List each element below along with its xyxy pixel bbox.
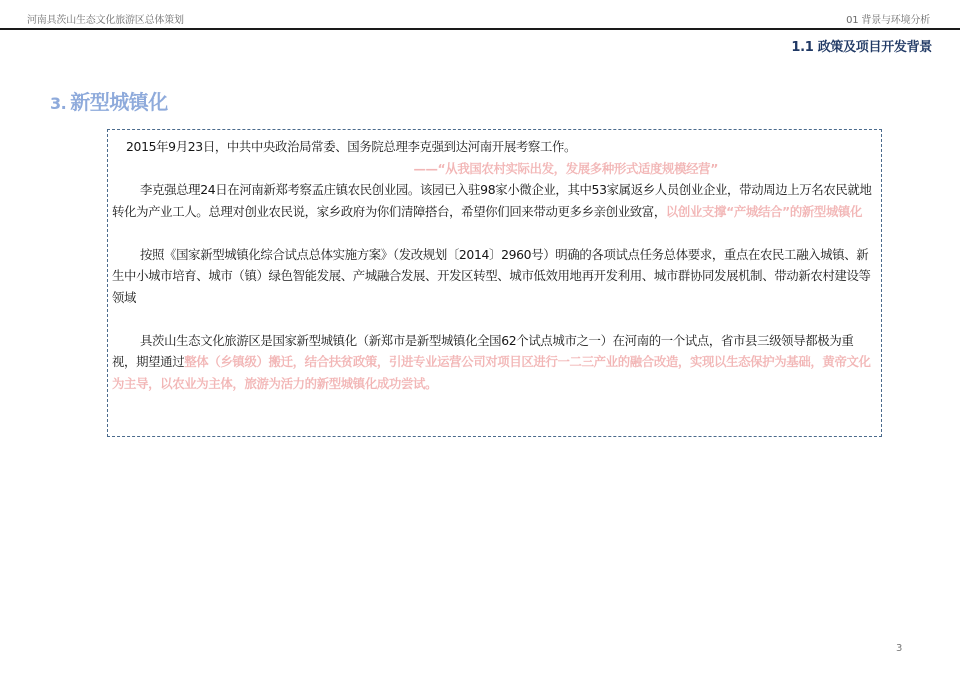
spacer <box>112 308 873 330</box>
intro-paragraph: 2015年9月23日，中共中央政治局常委、国务院总理李克强到达河南开展考察工作。 <box>112 136 873 158</box>
paragraph-pilot-plan: 按照《国家新型城镇化综合试点总体实施方案》（发改规划〔2014〕2960号）明确… <box>112 244 873 309</box>
section-title: 1.1 政策及项目开发背景 <box>791 36 932 55</box>
heading-number: 3. <box>50 94 66 113</box>
highlight-text: 以创业支撑“产城结合”的新型城镇化 <box>666 204 862 219</box>
page-number: 3 <box>896 643 902 654</box>
paragraph-entrepreneurship: 李克强总理24日在河南新郑考察孟庄镇农民创业园。该园已入驻98家小微企业，其中5… <box>112 179 873 222</box>
highlight-text: 整体（乡镇级）搬迁，结合扶贫政策，引进专业运营公司对项目区进行一二三产业的融合改… <box>112 354 871 391</box>
chapter-label: 01 背景与环境分析 <box>846 11 930 26</box>
header-divider <box>0 28 960 30</box>
heading-title: 新型城镇化 <box>70 90 168 114</box>
quote-line: ——“从我国农村实际出发，发展多种形式适度规模经营” <box>112 158 873 180</box>
paragraph-text: 按照《国家新型城镇化综合试点总体实施方案》（发改规划〔2014〕2960号）明确… <box>112 247 871 305</box>
document-title: 河南具茨山生态文化旅游区总体策划 <box>27 11 184 26</box>
page-heading: 3.新型城镇化 <box>50 86 168 115</box>
content-box: 2015年9月23日，中共中央政治局常委、国务院总理李克强到达河南开展考察工作。… <box>107 129 882 437</box>
paragraph-project: 具茨山生态文化旅游区是国家新型城镇化（新郑市是新型城镇化全国62个试点城市之一）… <box>112 330 873 395</box>
spacer <box>112 222 873 244</box>
